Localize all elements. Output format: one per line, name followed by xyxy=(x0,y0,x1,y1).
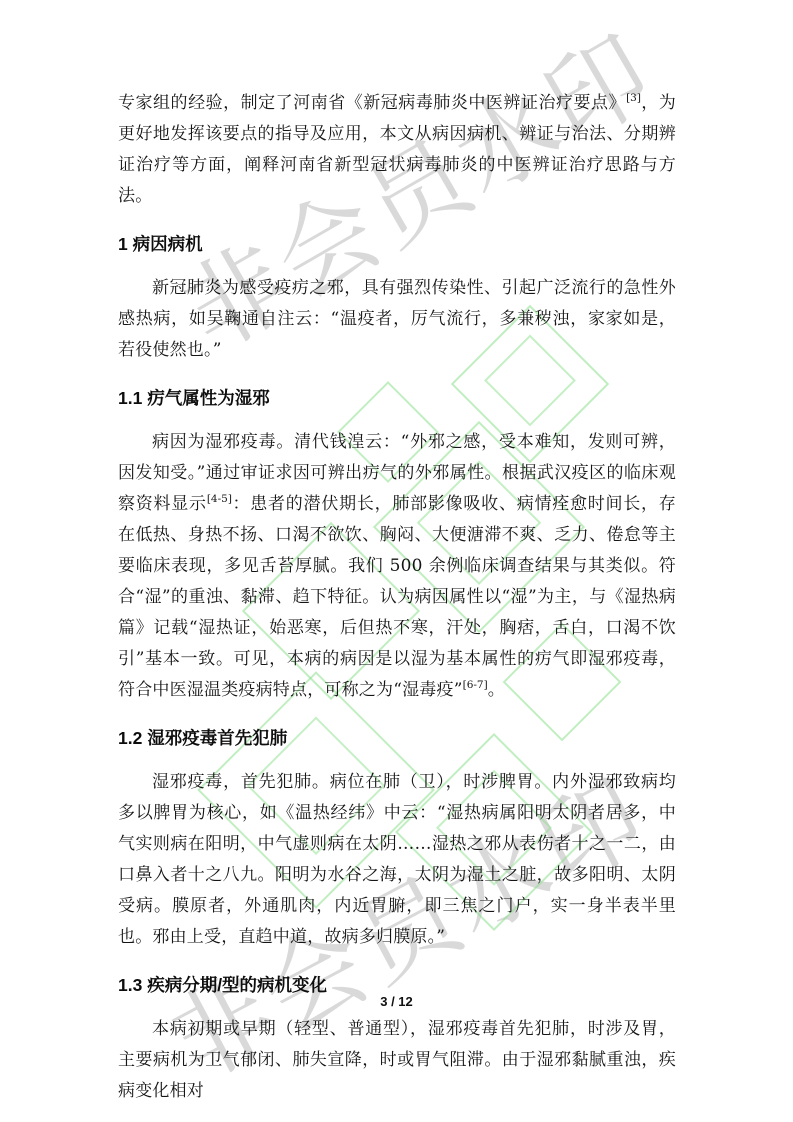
page-content: 专家组的经验，制定了河南省《新冠病毒肺炎中医辨证治疗要点》[3]，为更好地发挥该… xyxy=(118,88,676,1107)
section-1-1-text-2: ：患者的潜伏期长，肺部影像吸收、病情痊愈时间长，存在低热、身热不扬、口渴不欲饮、… xyxy=(118,494,676,700)
page-number: 3 / 12 xyxy=(0,994,793,1009)
section-1-1-paragraph: 病因为湿邪疫毒。清代钱湟云：“外邪之感，受本难知，发则可辨，因发知受。”通过审证… xyxy=(118,427,676,706)
heading-section-1-2: 1.2 湿邪疫毒首先犯肺 xyxy=(118,727,676,750)
intro-paragraph: 专家组的经验，制定了河南省《新冠病毒肺炎中医辨证治疗要点》[3]，为更好地发挥该… xyxy=(118,88,676,212)
heading-section-1-1: 1.1 疠气属性为湿邪 xyxy=(118,387,676,410)
section-1-3-paragraph: 本病初期或早期（轻型、普通型），湿邪疫毒首先犯肺，时涉及胃，主要病机为卫气郁闭、… xyxy=(118,1014,676,1107)
heading-section-1: 1 病因病机 xyxy=(118,233,676,256)
document-page: 非会员水印 非会员水印 专家组的经验，制定了河南省《新冠病毒肺炎中医辨证治疗要点… xyxy=(0,0,793,1122)
section-1-2-paragraph: 湿邪疫毒，首先犯肺。病位在肺（卫），时涉脾胃。内外湿邪致病均多以脾胃为核心，如《… xyxy=(118,767,676,953)
citation-ref-4-5: [4-5] xyxy=(207,493,232,505)
intro-text-1: 专家组的经验，制定了河南省《新冠病毒肺炎中医辨证治疗要点》 xyxy=(118,93,626,113)
citation-ref-6-7: [6-7] xyxy=(463,679,488,691)
citation-ref-3: [3] xyxy=(626,92,641,104)
section-1-paragraph: 新冠肺炎为感受疫疠之邪，具有强烈传染性、引起广泛流行的急性外感热病，如吴鞠通自注… xyxy=(118,273,676,366)
section-1-1-text-3: 。 xyxy=(488,680,505,700)
